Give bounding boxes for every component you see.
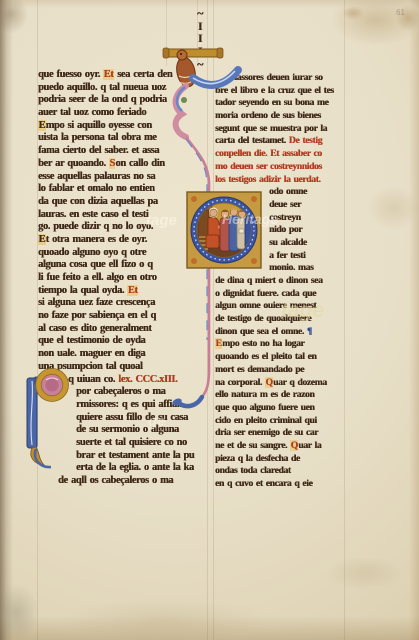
right-text-column: massores deuen iurar sobre el libro e la…: [215, 72, 346, 491]
text-line: costreyn: [269, 212, 346, 225]
text-line: Et otra manera es de oyr.: [38, 234, 208, 247]
text-line: no faze por sabiença en el q: [38, 310, 208, 323]
text-line: Empo si aquillo oyesse con: [38, 120, 208, 133]
text-line: ne et de su sangre. Quar la: [215, 440, 346, 453]
text-line: de testigo de quoalquiere: [215, 313, 346, 326]
text-line: odo omne: [269, 186, 346, 199]
folio-number: 61: [396, 8, 405, 17]
text-line: brar et testament ante la pu: [76, 450, 208, 463]
text-line: quiere assu fillo de su casa: [76, 412, 208, 425]
parchment-stain: [0, 0, 28, 34]
parchment-stain: [0, 584, 40, 640]
text-line: cido en pleito criminal qui: [215, 415, 346, 428]
text-line: go. puede dizir q no lo oyo.: [38, 221, 208, 234]
text-line: por cabeçaleros o ma: [76, 386, 208, 399]
text-line: erta de la eglia. o ante la ka: [76, 462, 208, 475]
text-line: que el testimonio de oyda: [38, 335, 208, 348]
parchment-stain: [60, 598, 270, 640]
text-line: moria ordeno de sus bienes: [215, 110, 346, 123]
text-line: quoado alguno oyo q otre: [38, 247, 208, 260]
text-line: dria ser enemigo de su car: [215, 427, 346, 440]
text-line: auer tal uoz como feriado: [38, 107, 208, 120]
text-line: pieza q la desfecha de: [215, 453, 346, 466]
text-line: mort es demandado pe: [215, 364, 346, 377]
text-line: bre el libro e la cruz que el tes: [215, 85, 346, 98]
text-line: esse aquellas palauras no sa: [38, 171, 208, 184]
text-line: Empo esto no ha logar: [215, 338, 346, 351]
text-line: monio. mas: [269, 262, 346, 275]
text-line: que fuesso oyr. Et sea certa den: [38, 69, 208, 82]
text-line: da que con dizia aquellas pa: [38, 196, 208, 209]
text-line: de aqll os cabeçaleros o ma: [58, 475, 208, 488]
text-line: de su sermonio o alguna: [76, 424, 208, 437]
text-line: dinon que sea el omne. ¶: [215, 326, 346, 339]
text-line: mo deuen ser costreynnidos: [215, 161, 346, 174]
text-line: tiempo la qual oyda. Et: [38, 285, 208, 298]
text-line: su alcalde: [269, 237, 346, 250]
text-line: conpellen die. Et assaber co: [215, 148, 346, 161]
text-line: quoando es el pleito tal en: [215, 351, 346, 364]
text-line: nido por: [269, 224, 346, 237]
text-line: o dignidat fuere. cada que: [215, 288, 346, 301]
text-line: podria seer de la ond q podria: [38, 94, 208, 107]
text-line: ello natura m es de razon: [215, 389, 346, 402]
page-gutter-edge: [0, 0, 13, 640]
text-line: lo fablar et omalo no entien: [38, 183, 208, 196]
parchment-stain: [342, 6, 364, 20]
text-line: en q cuvo et encara q eie: [215, 478, 346, 491]
ruling-line: [213, 0, 214, 640]
page-edge-right: [409, 0, 419, 640]
text-line: carta del testamet. De testig: [215, 135, 346, 148]
text-line: li fue feito a ell. algo en otro: [38, 272, 208, 285]
text-line: algun omne ouiere menest: [215, 300, 346, 313]
text-line: a fer testi: [269, 250, 346, 263]
text-line: non uale. maguer en diga: [38, 348, 208, 361]
text-line: al caso es dito generalment: [38, 323, 208, 336]
manuscript-page: ~III~ 61 que fuesso oyr. Et sea certa de…: [0, 0, 419, 640]
parchment-stain: [330, 0, 419, 46]
text-line: suerte et tal quisiere co no: [76, 437, 208, 450]
text-line: una psumpcion tal quoal: [38, 361, 208, 374]
page-edge-bottom: [0, 616, 419, 640]
text-line: segunt que se muestra por la: [215, 123, 346, 136]
text-line: massores deuen iurar so: [229, 72, 346, 85]
text-line: uista la persona tal obra me: [38, 132, 208, 145]
parchment-stain: [368, 186, 419, 230]
text-line: deue ser: [269, 199, 346, 212]
text-line: fama cierto del saber. et assa: [38, 145, 208, 158]
text-line: de dina q miert o dinon sea: [215, 275, 346, 288]
text-line: ondas toda claredat: [215, 465, 346, 478]
text-line: lauras. en este caso el testi: [38, 209, 208, 222]
quire-numeral-header: ~III~: [160, 7, 240, 23]
text-line: alguna cosa que ell fizo o q: [38, 259, 208, 272]
parchment-stain: [326, 556, 404, 590]
text-line: puedo aquillo. q tal nueua uoz: [38, 82, 208, 95]
text-line: rmissores: q es qui affian: [76, 399, 208, 412]
text-line: tador seyendo en su bona me: [215, 97, 346, 110]
text-line: si alguna uez faze crescença: [38, 297, 208, 310]
text-line: ber ar quoando. Son callo din: [38, 158, 208, 171]
text-line: na corporal. Quar q dozema: [215, 377, 346, 390]
text-line: que quo alguno fuere uen: [215, 402, 346, 415]
text-line: los testigos adizir la uerdat.: [215, 174, 346, 187]
text-line: q uiuan co. lex. CCC.xIII.: [68, 374, 208, 387]
left-text-column: que fuesso oyr. Et sea certa denpuedo aq…: [38, 69, 208, 488]
